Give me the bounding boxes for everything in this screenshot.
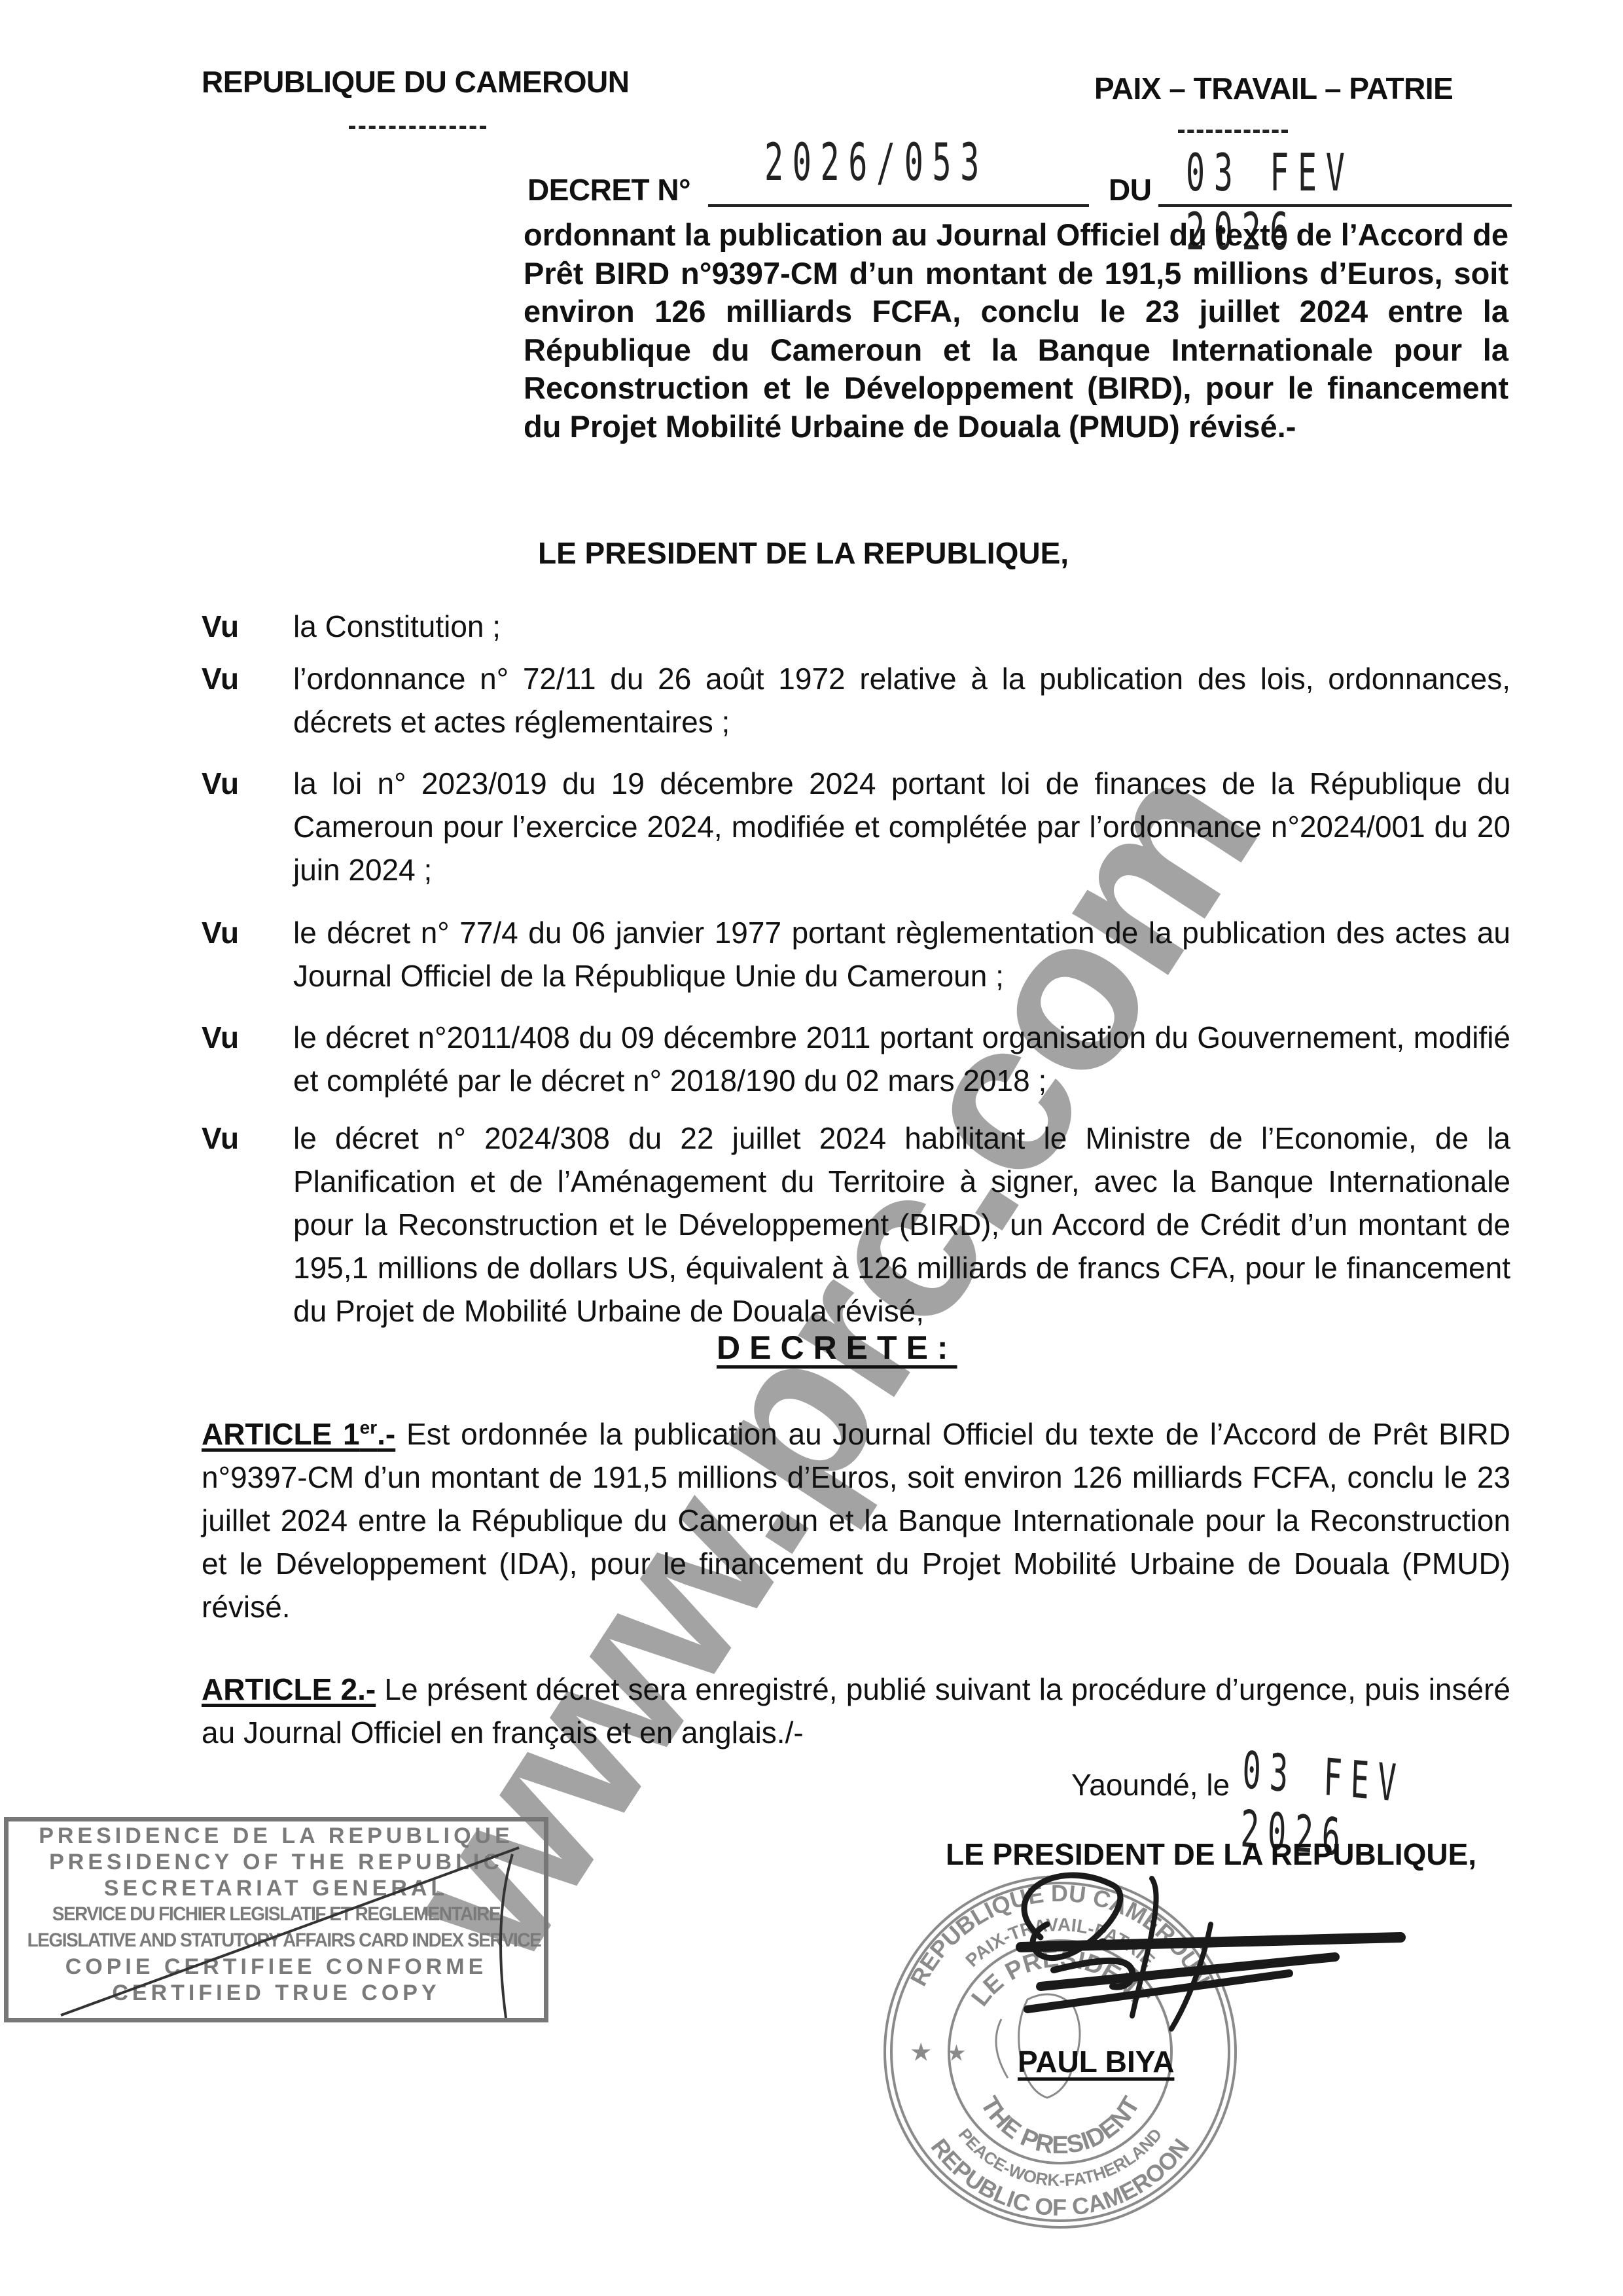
visa-text: la loi n° 2023/019 du 19 décembre 2024 p…: [293, 762, 1510, 891]
visa-text: le décret n° 77/4 du 06 janvier 1977 por…: [293, 911, 1510, 997]
visa-text: le décret n° 2024/308 du 22 juillet 2024…: [293, 1117, 1510, 1333]
decree-number-stamp: 2026/053: [764, 134, 988, 192]
article-2: ARTICLE 2.- Le présent décret sera enreg…: [202, 1668, 1510, 1754]
signing-place: Yaoundé, le: [1071, 1767, 1230, 1803]
svg-text:THE PRESIDENT: THE PRESIDENT: [975, 2092, 1145, 2159]
vu-label: Vu: [202, 762, 239, 805]
vu-label: Vu: [202, 911, 239, 954]
svg-text:★: ★: [948, 2043, 965, 2064]
decree-label: DECRET N°: [527, 172, 690, 207]
vu-label: Vu: [202, 657, 239, 700]
decrete-heading: DECRETE:: [717, 1329, 957, 1367]
decree-subject: ordonnant la publication au Journal Offi…: [524, 216, 1508, 446]
visa-text: l’ordonnance n° 72/11 du 26 août 1972 re…: [293, 657, 1510, 744]
header-right-divider: [1178, 130, 1288, 133]
article-2-label: ARTICLE 2.-: [202, 1672, 376, 1706]
stamp-initial-mark: [9, 1821, 544, 2018]
svg-text:★: ★: [911, 2040, 931, 2065]
republic-title: REPUBLIQUE DU CAMEROUN: [202, 64, 629, 99]
article-1-label: ARTICLE 1er.-: [202, 1417, 395, 1451]
date-label: DU: [1109, 172, 1151, 207]
president-heading: LE PRESIDENT DE LA REPUBLIQUE,: [538, 535, 1069, 571]
certification-stamp: PRESIDENCE DE LA REPUBLIQUE PRESIDENCY O…: [4, 1817, 548, 2022]
signature-icon: [982, 1859, 1453, 2081]
vu-label: Vu: [202, 605, 239, 648]
visa-text: la Constitution ;: [293, 605, 1510, 648]
vu-label: Vu: [202, 1016, 239, 1059]
national-motto: PAIX – TRAVAIL – PATRIE: [1094, 71, 1453, 106]
decree-date-underline: [1158, 204, 1512, 207]
vu-label: Vu: [202, 1117, 239, 1160]
article-1: ARTICLE 1er.- Est ordonnée la publicatio…: [202, 1412, 1510, 1628]
article-2-text: Le présent décret sera enregistré, publi…: [202, 1672, 1510, 1749]
decree-number-underline: [708, 204, 1089, 207]
visa-text: le décret n°2011/408 du 09 décembre 2011…: [293, 1016, 1510, 1102]
header-left-divider: [349, 126, 486, 129]
article-1-text: Est ordonnée la publication au Journal O…: [202, 1417, 1510, 1624]
